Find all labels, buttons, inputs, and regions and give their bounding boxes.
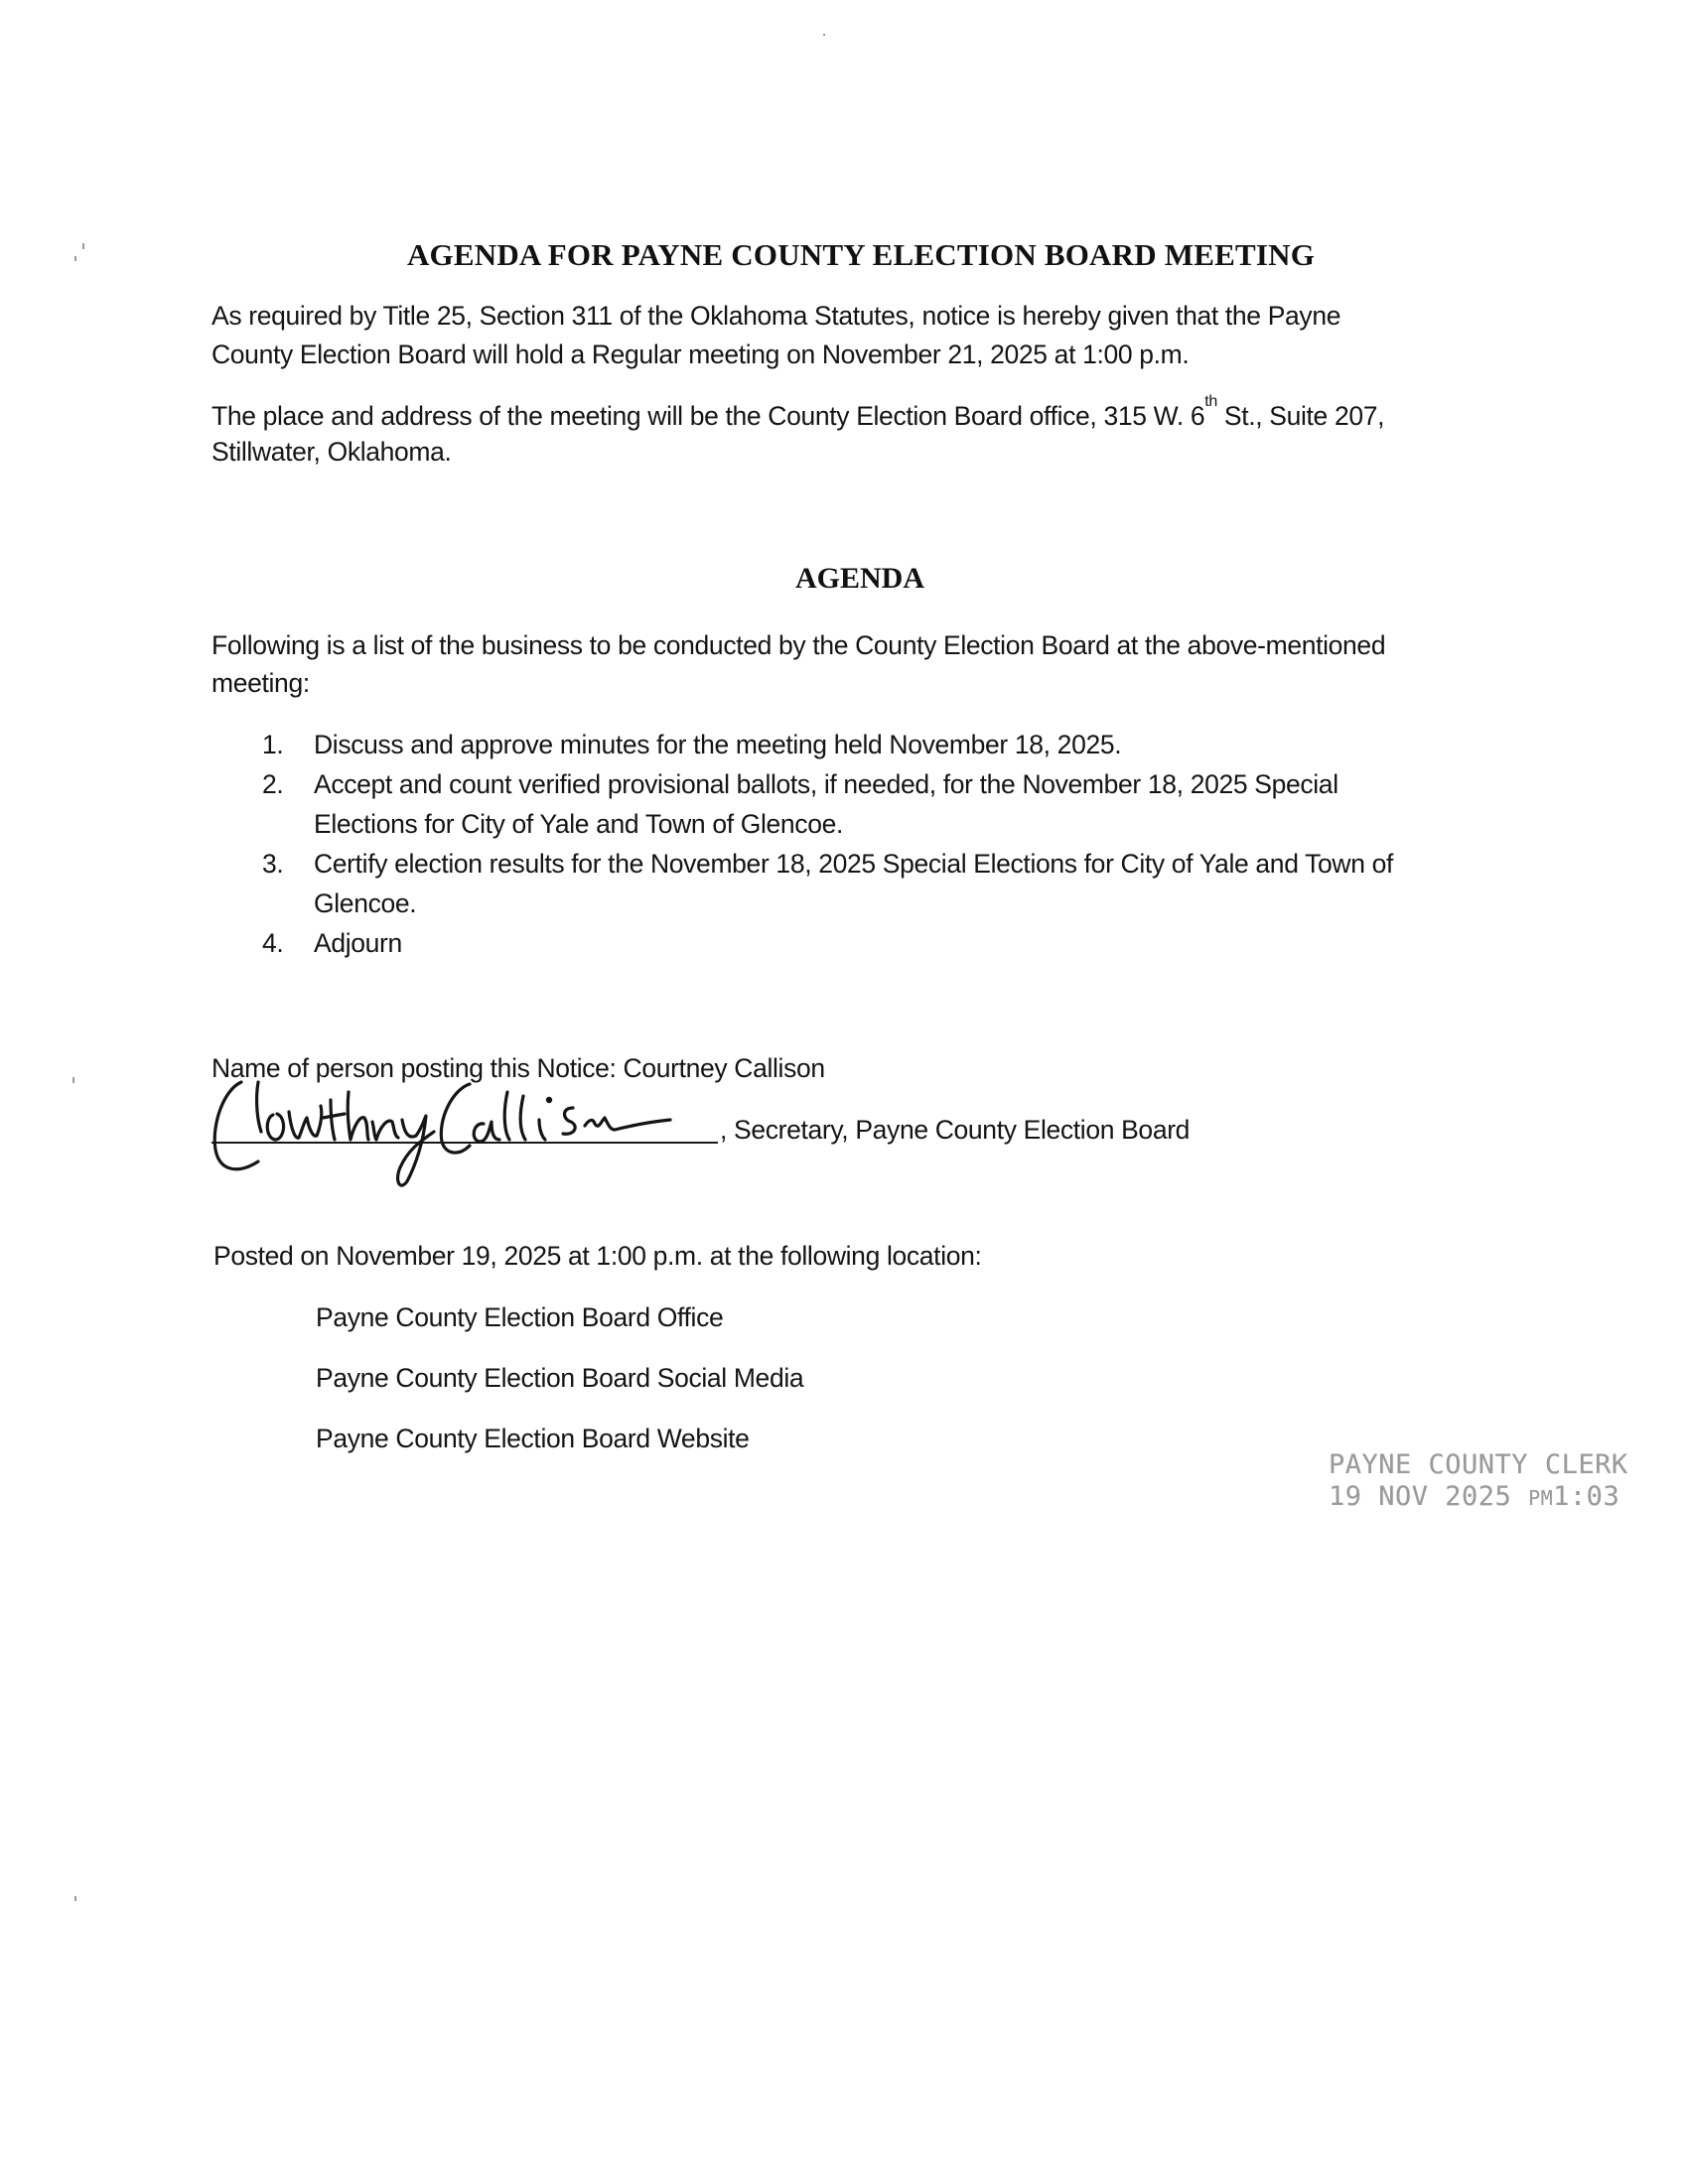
scan-speck (74, 1896, 76, 1901)
agenda-item-number: 2. (262, 765, 283, 804)
agenda-item-number: 3. (262, 845, 283, 884)
location-suite-text: St., Suite 207, (1217, 401, 1384, 431)
agenda-item-text: Discuss and approve minutes for the meet… (314, 726, 1121, 764)
handwritten-signature (204, 1070, 730, 1194)
posted-line: Posted on November 19, 2025 at 1:00 p.m.… (213, 1237, 982, 1276)
ordinal-suffix: th (1204, 393, 1217, 410)
agenda-item-number: 4. (262, 924, 283, 963)
agenda-item-text: Adjourn (314, 924, 402, 963)
document-page: AGENDA FOR PAYNE COUNTY ELECTION BOARD M… (0, 0, 1688, 2184)
page-title: AGENDA FOR PAYNE COUNTY ELECTION BOARD M… (0, 237, 1688, 273)
intro-line: County Election Board will hold a Regula… (211, 336, 1189, 374)
scan-speck (72, 1077, 74, 1083)
posting-location: Payne County Election Board Website (316, 1420, 750, 1458)
signature-title: , Secretary, Payne County Election Board (720, 1111, 1190, 1150)
location-line: Stillwater, Oklahoma. (211, 433, 452, 472)
clerk-received-stamp: PAYNE COUNTY CLERK 19 NOV 2025 PM1:03 (1329, 1449, 1628, 1514)
agenda-item-text: Accept and count verified provisional ba… (314, 765, 1338, 804)
stamp-datetime: 19 NOV 2025 PM1:03 (1329, 1481, 1628, 1514)
stamp-time: 1:03 (1553, 1481, 1619, 1512)
location-line: The place and address of the meeting wil… (211, 397, 1384, 436)
stamp-pm: PM (1528, 1486, 1553, 1510)
agenda-intro-line: Following is a list of the business to b… (211, 626, 1385, 665)
stamp-office: PAYNE COUNTY CLERK (1329, 1449, 1628, 1481)
agenda-item-text: Elections for City of Yale and Town of G… (314, 805, 843, 844)
agenda-item-text: Glencoe. (314, 885, 416, 923)
agenda-intro-line: meeting: (211, 664, 310, 703)
agenda-heading: AGENDA (0, 562, 1688, 596)
stamp-date: 19 NOV 2025 (1329, 1481, 1511, 1512)
agenda-item-text: Certify election results for the Novembe… (314, 845, 1393, 884)
scan-speck (823, 34, 825, 36)
agenda-item-number: 1. (262, 726, 283, 764)
intro-line: As required by Title 25, Section 311 of … (211, 297, 1340, 336)
posting-location: Payne County Election Board Social Media (316, 1359, 803, 1398)
location-address-text: The place and address of the meeting wil… (211, 401, 1204, 431)
posting-location: Payne County Election Board Office (316, 1298, 723, 1337)
